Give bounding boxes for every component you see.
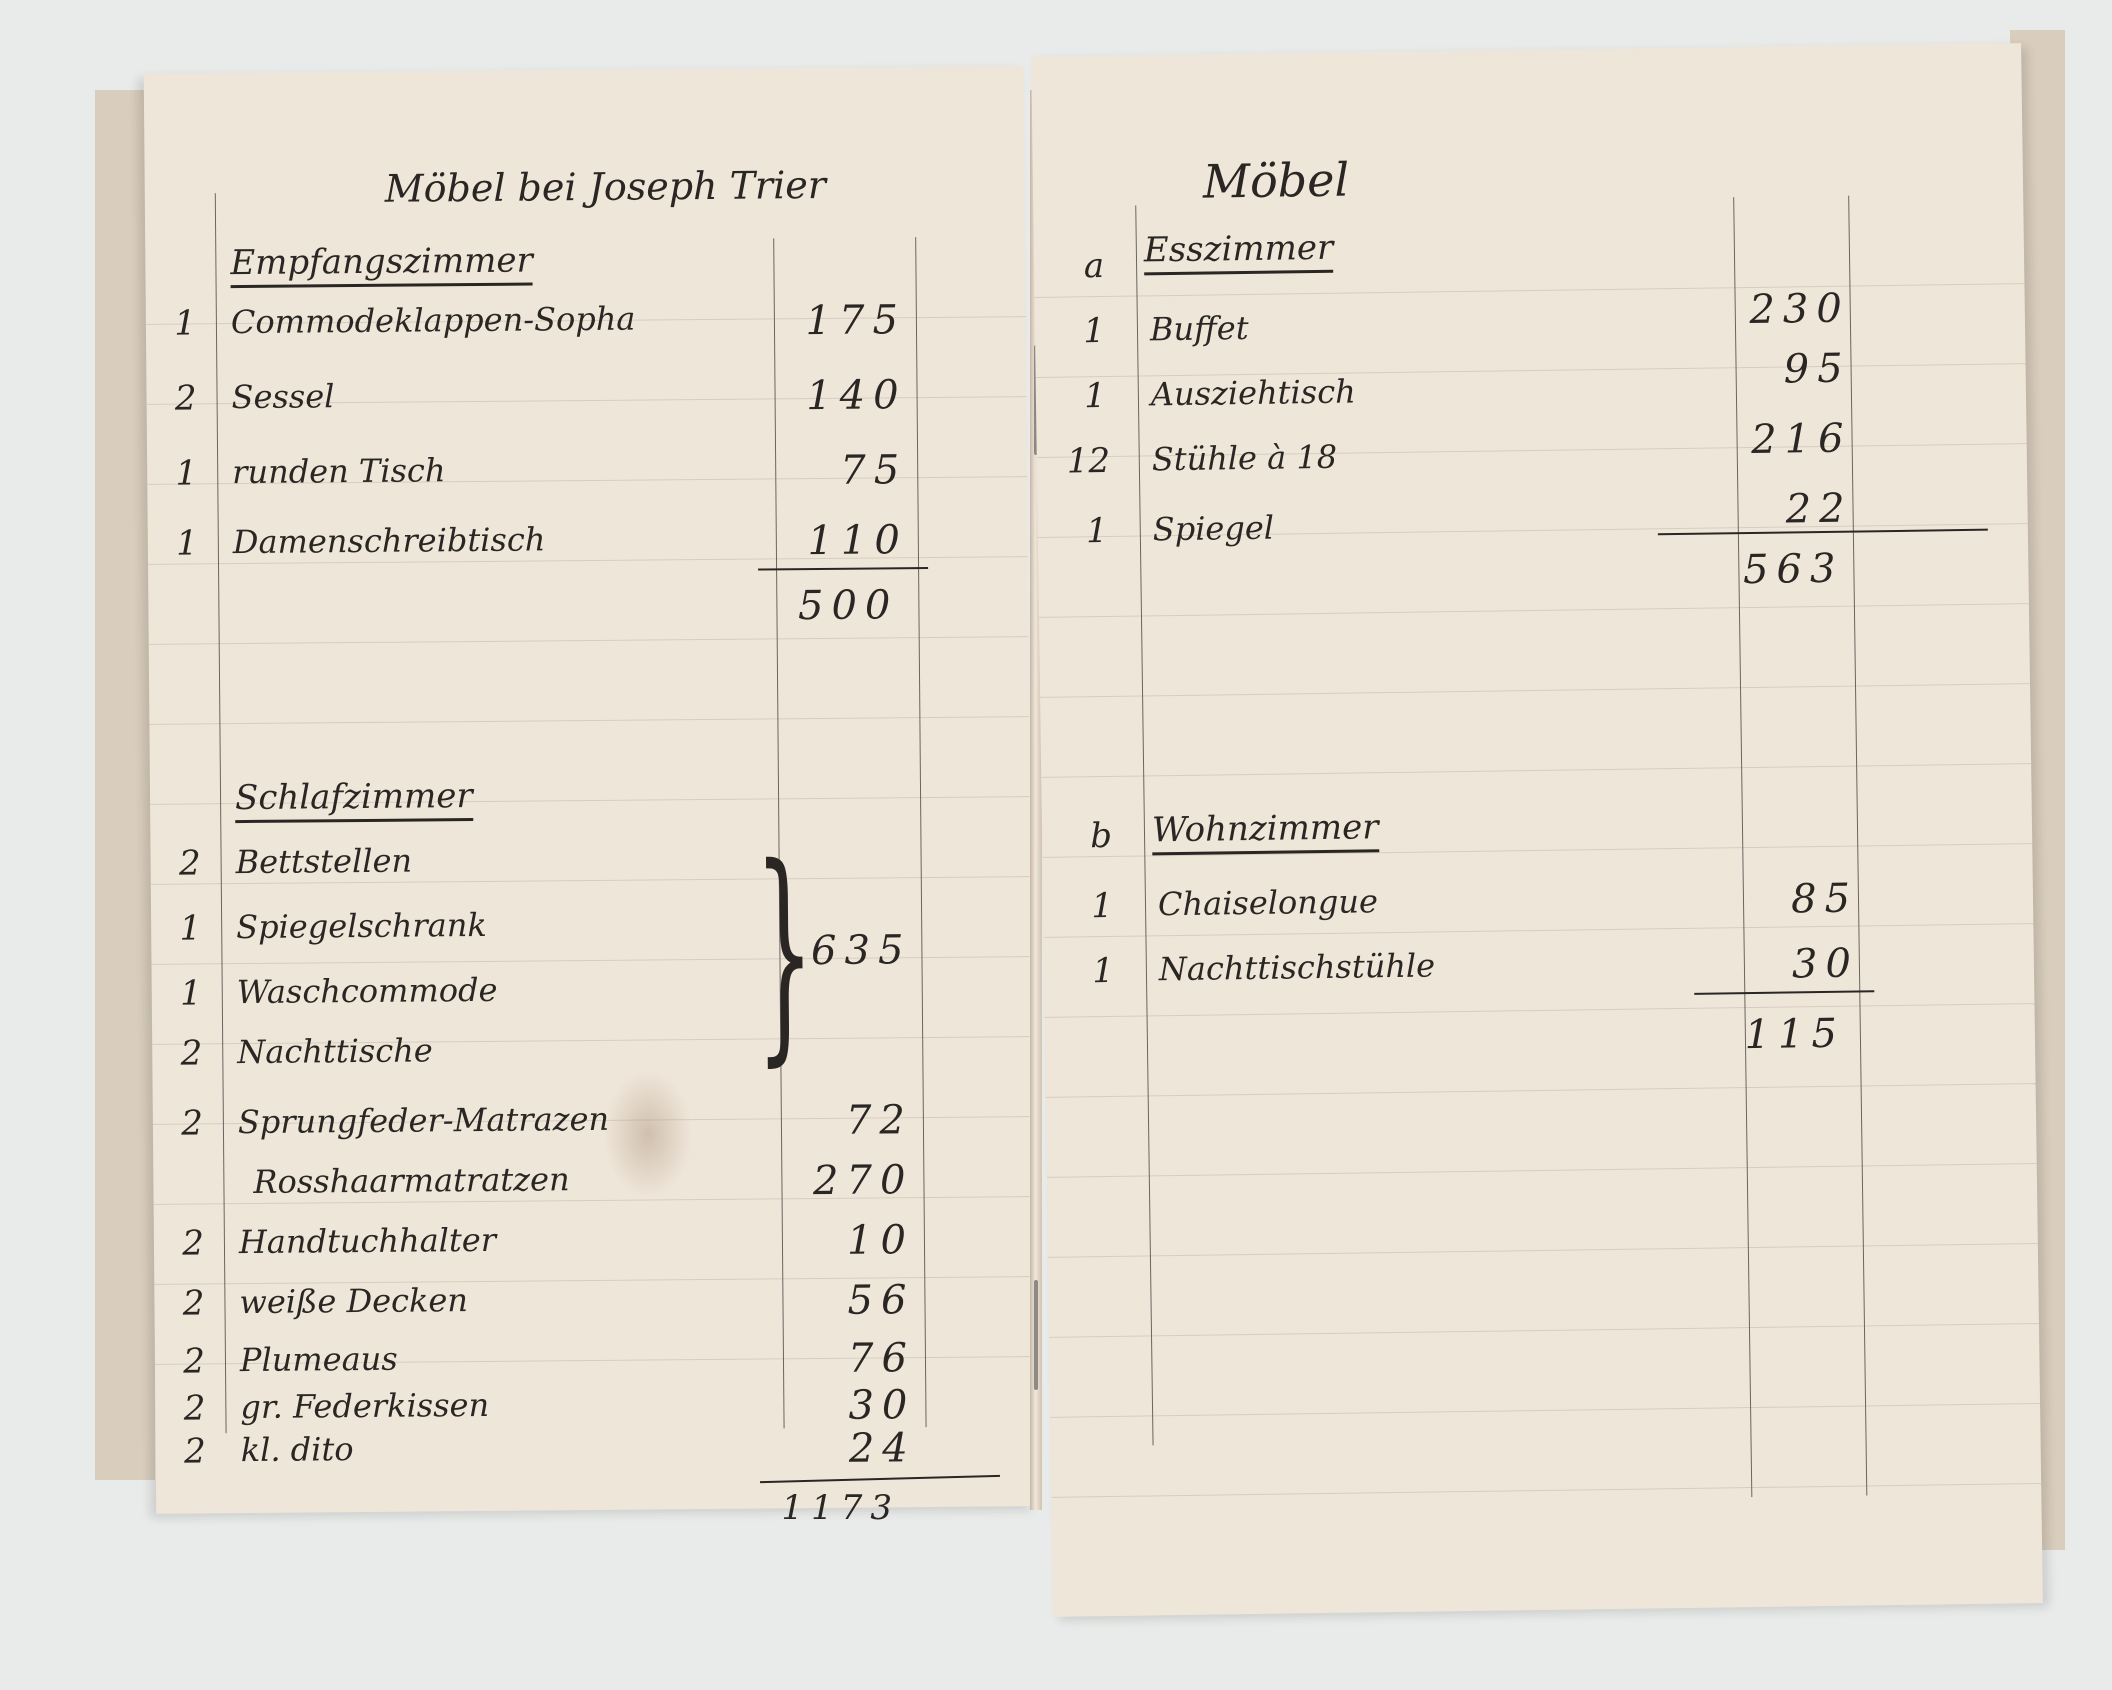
staple	[1034, 1280, 1038, 1390]
item-name: Chaiselongue	[1158, 882, 1378, 923]
item-qty: 1	[156, 303, 196, 343]
item-qty: 1	[1066, 376, 1107, 417]
item-name: kl. dito	[241, 1430, 354, 1469]
item-amount: 30	[1739, 941, 1860, 989]
section-heading: Empfangszimmer	[230, 240, 533, 288]
item-name: Stühle à 18	[1152, 438, 1338, 479]
item-name: runden Tisch	[232, 451, 446, 491]
item-name: weiße Decken	[239, 1281, 468, 1321]
amount-column-right	[915, 237, 926, 1427]
item-name: gr. Federkissen	[240, 1386, 489, 1426]
item-qty: 2	[165, 1341, 205, 1381]
item-name: Handtuchhalter	[239, 1221, 496, 1261]
section-heading: Esszimmer	[1144, 228, 1334, 276]
section-total: 563	[1703, 546, 1844, 594]
item-qty: 2	[164, 1223, 204, 1263]
item-qty: 1	[1068, 511, 1109, 552]
item-name: Commodeklappen-Sopha	[231, 300, 636, 342]
item-qty: 2	[160, 843, 200, 883]
item-name: Buffet	[1150, 309, 1249, 348]
grand-total: 1173	[740, 1488, 900, 1528]
right-page: Möbel a Esszimmer 1 Buffet 230 1 Auszieh…	[1031, 43, 2043, 1617]
item-qty: 1	[162, 973, 202, 1013]
water-stain	[602, 1069, 693, 1200]
item-qty: 1	[1074, 951, 1115, 992]
sum-line	[1694, 990, 1874, 995]
item-qty: 2	[163, 1103, 203, 1143]
section-marker: b	[1072, 816, 1113, 857]
item-qty: 2	[162, 1033, 202, 1073]
item-qty: 1	[1073, 886, 1114, 927]
item-amount: 10	[794, 1217, 914, 1264]
item-amount: 110	[788, 517, 908, 564]
item-amount: 216	[1731, 416, 1852, 464]
page-title: Möbel	[1203, 153, 1350, 209]
item-name: Nachttische	[237, 1031, 433, 1071]
item-qty: 1	[158, 523, 198, 563]
section-total: 500	[758, 582, 898, 629]
item-amount: 30	[795, 1382, 915, 1429]
item-amount: 76	[795, 1335, 915, 1382]
item-amount: 270	[793, 1157, 913, 1204]
item-qty: 2	[164, 1283, 204, 1323]
item-qty: 1	[1065, 311, 1106, 352]
item-qty: 1	[161, 908, 201, 948]
bracket-amount: 635	[791, 927, 911, 974]
left-page: Möbel bei Joseph Trier Empfangszimmer 1 …	[144, 66, 1037, 1514]
item-amount: 175	[786, 297, 906, 344]
item-name: Ausziehtisch	[1151, 372, 1356, 413]
section-total: 115	[1685, 1011, 1846, 1059]
item-qty: 12	[1067, 441, 1108, 482]
item-name: Sprungfeder-Matrazen	[238, 1100, 610, 1141]
item-qty: 2	[156, 378, 196, 418]
item-name: Rosshaarmatratzen	[253, 1160, 570, 1201]
item-amount: 85	[1738, 876, 1859, 924]
item-name: Spiegel	[1152, 509, 1274, 549]
item-qty: 2	[165, 1388, 205, 1428]
item-name: Bettstellen	[235, 842, 412, 882]
page-title: Möbel bei Joseph Trier	[385, 163, 827, 211]
item-amount: 24	[796, 1425, 916, 1472]
item-qty: 2	[166, 1431, 206, 1471]
item-name: Spiegelschrank	[236, 906, 487, 946]
sum-line	[758, 567, 928, 570]
item-name: Plumeaus	[240, 1340, 398, 1379]
section-marker: a	[1064, 246, 1105, 287]
item-qty: 1	[157, 453, 197, 493]
section-heading: Schlafzimmer	[235, 776, 473, 823]
item-amount: 230	[1729, 286, 1850, 334]
margin-line	[215, 193, 227, 1433]
section-heading: Wohnzimmer	[1152, 807, 1379, 855]
item-amount: 72	[793, 1097, 913, 1144]
item-name: Sessel	[231, 377, 334, 416]
item-name: Damenschreibtisch	[233, 520, 546, 561]
item-name: Nachttischstühle	[1159, 946, 1436, 988]
item-amount: 22	[1732, 486, 1853, 534]
item-amount: 95	[1730, 346, 1851, 394]
item-amount: 75	[787, 447, 907, 494]
item-name: Waschcommode	[237, 971, 498, 1011]
item-amount: 140	[786, 372, 906, 419]
item-amount: 56	[794, 1277, 914, 1324]
